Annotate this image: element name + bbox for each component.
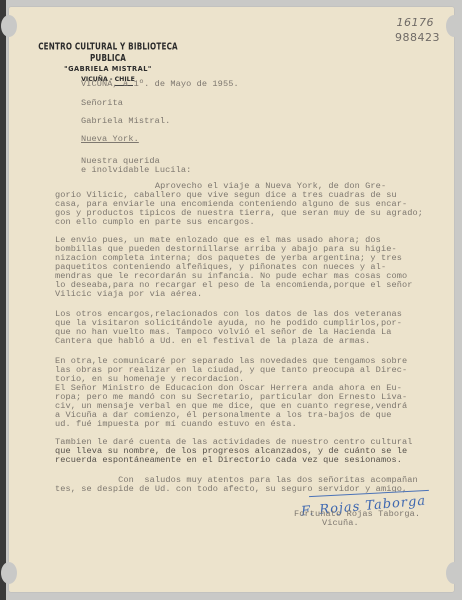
archive-ref-number: 988423: [395, 31, 440, 44]
page-notch: [1, 15, 17, 37]
date-line: VICUÑA, a 1º. de Mayo de 1955.: [81, 80, 239, 89]
body-line: Cantera que habló a Ud. en el festival d…: [55, 337, 370, 346]
page-notch: [446, 15, 462, 37]
addressee-title: Señorita: [81, 99, 123, 108]
signatory-place: Vicuña.: [322, 519, 359, 528]
body-line: ud. fué impuesta por mí cuando estuvo en…: [55, 420, 297, 429]
addressee-name: Gabriela Mistral.: [81, 117, 170, 126]
page-notch: [1, 562, 17, 584]
addressee-city: Nueva York.: [81, 135, 139, 144]
body-line: con ello cumplo en parte sus encargos.: [55, 218, 255, 227]
letterhead-institution: CENTRO CULTURAL Y BIBLIOTECA PUBLICA: [33, 40, 183, 63]
body-line: Vilicic viaja por via aérea.: [55, 290, 202, 299]
archive-ref-number: 16176: [397, 16, 435, 29]
body-line: recuerda espontáneamente en el Directori…: [55, 456, 402, 465]
closing-line: tes, se despide de Ud. con todo afecto, …: [55, 485, 407, 494]
letterhead-name: "GABRIELA MISTRAL": [33, 65, 183, 73]
page-notch: [446, 562, 462, 584]
greeting-line: e inolvidable Lucila:: [81, 166, 191, 175]
letter-page: 16176 988423 CENTRO CULTURAL Y BIBLIOTEC…: [9, 7, 454, 592]
scan-background-edge: [0, 0, 6, 600]
